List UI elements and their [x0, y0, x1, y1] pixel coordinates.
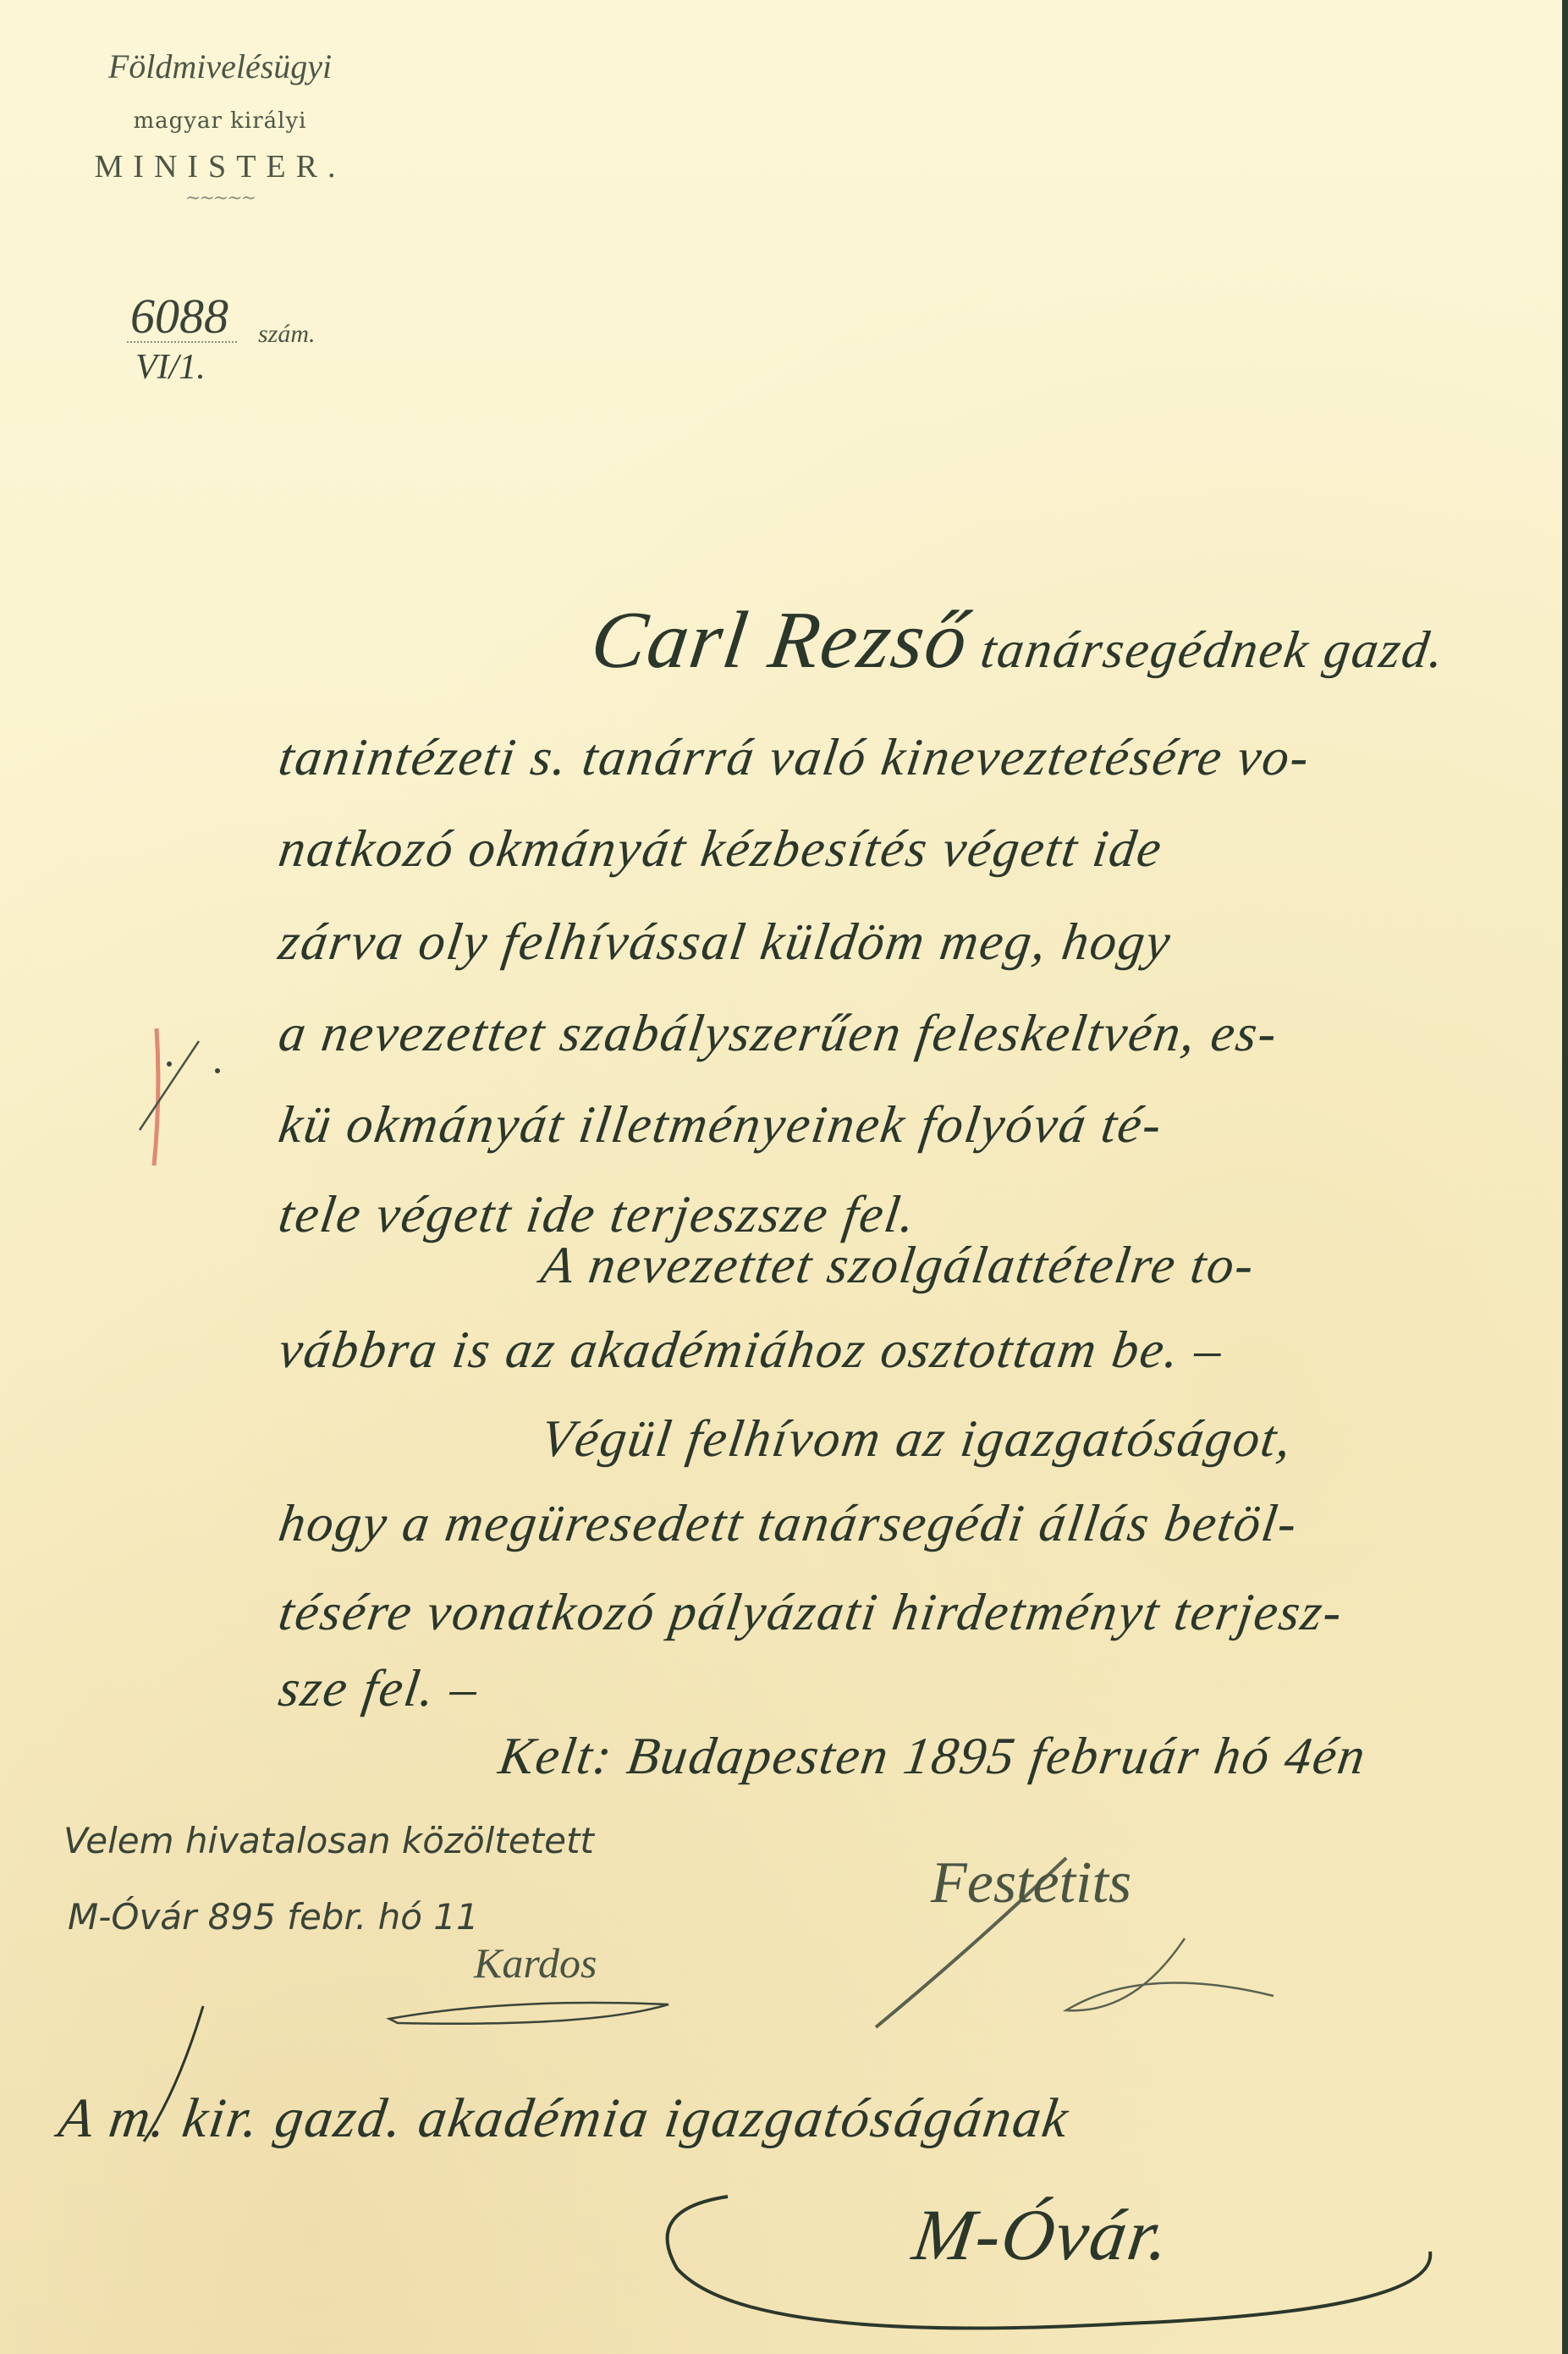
appointee-name: Carl Rezső [586, 594, 974, 685]
body-line-1: Carl Rezső tanársegédnek gazd. [586, 593, 1453, 686]
reference-number-label: szám. [258, 320, 316, 349]
body-line-4: zárva oly felhívással küldöm meg, hogy [275, 912, 1175, 973]
letterhead-ministry: Földmivelésügyi [0, 47, 440, 86]
minister-signature: Festetits [931, 1850, 1131, 1917]
receipt-signature: Kardos [474, 1938, 597, 1987]
recipient-place: M-Óvár. [908, 2192, 1176, 2277]
body-line-13: sze fel. – [275, 1659, 482, 1719]
body-line-10: Végül felhívom az igazgatóságot, [537, 1409, 1296, 1469]
body-line-9: vábbra is az akadémiához osztottam be. – [275, 1320, 1227, 1381]
enclosure-mark-icon [118, 1020, 220, 1168]
body-line-6: kü okmányát illetményeinek folyóvá té- [275, 1095, 1166, 1155]
letterhead-title: MINISTER. [0, 148, 440, 185]
reference-department: VI/1. [135, 347, 206, 388]
scan-edge [1562, 0, 1568, 2354]
signature-flourishes-icon [0, 0, 1568, 2354]
body-line-12: tésére vonatkozó pályázati hirdetményt t… [275, 1583, 1347, 1643]
body-line-5: a nevezettet szabályszerűen feleskeltvén… [275, 1004, 1282, 1064]
body-line-11: hogy a megüresedett tanársegédi állás be… [275, 1494, 1301, 1554]
recipient-address: A m. kir. gazd. akadémia igazgatóságának [55, 2087, 1074, 2151]
receipt-note-line1: Velem hivatalosan közöltetett [63, 1820, 594, 1861]
reference-number: 6088 [127, 292, 237, 343]
dateline: Kelt: Budapesten 1895 február hó 4én [495, 1727, 1370, 1787]
body-line-2: tanintézeti s. tanárrá való kineveztetés… [275, 728, 1314, 788]
body-line-3: natkozó okmányát kézbesítés végett ide [275, 819, 1167, 879]
letterhead-ornament: ~~~~~ [0, 188, 440, 209]
receipt-note-line2: M-Óvár 895 febr. hó 11 [68, 1896, 479, 1938]
body-line-8: A nevezettet szolgálattételre to- [537, 1236, 1258, 1296]
letterhead-subtitle: magyar királyi [0, 108, 440, 134]
